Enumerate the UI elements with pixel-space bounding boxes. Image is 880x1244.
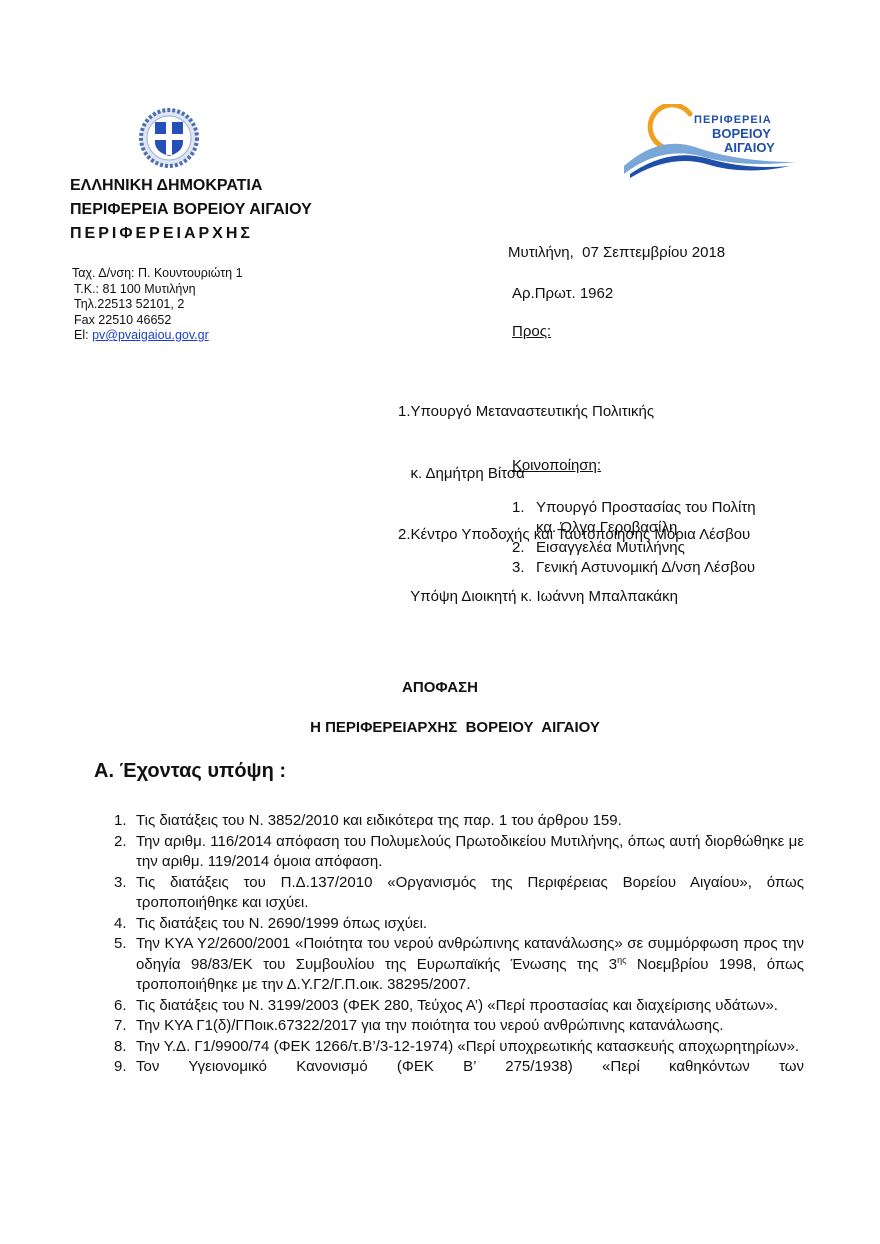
- list-item: 7.Την ΚΥΑ Γ1(δ)/ΓΠοικ.67322/2017 για την…: [114, 1016, 804, 1037]
- cc-item: 3.Γενική Αστυνομική Δ/νση Λέσβου: [512, 558, 756, 578]
- organization-header: ΕΛΛΗΝΙΚΗ ΔΗΜΟΚΡΑΤΙΑ ΠΕΡΙΦΕΡΕΙΑ ΒΟΡΕΙΟΥ Α…: [70, 174, 312, 246]
- contact-phone: Τηλ.22513 52101, 2: [72, 297, 243, 313]
- decision-heading: ΑΠΟΦΑΣΗ: [0, 679, 880, 696]
- org-line-region: ΠΕΡΙΦΕΡΕΙΑ ΒΟΡΕΙΟΥ ΑΙΓΑΙΟΥ: [70, 198, 312, 222]
- list-item: 8.Την Υ.Δ. Γ1/9900/74 (ΦΕΚ 1266/τ.Β’/3-1…: [114, 1037, 804, 1058]
- org-line-governor: ΠΕΡΙΦΕΡΕΙΑΡΧΗΣ: [70, 222, 312, 246]
- list-item: 2.Την αριθμ. 116/2014 απόφαση του Πολυμε…: [114, 832, 804, 873]
- section-a-heading: Α. Έχοντας υπόψη :: [94, 760, 286, 783]
- region-north-aegean-logo-icon: ΠΕΡΙΦΕΡΕΙΑ ΒΟΡΕΙΟΥ ΑΙΓΑΙΟΥ: [620, 104, 800, 184]
- contact-fax: Fax 22510 46652: [72, 313, 243, 329]
- logo-line-3: ΑΙΓΑΙΟΥ: [724, 141, 775, 154]
- contact-postal: Τ.Κ.: 81 100 Μυτιλήνη: [72, 282, 243, 298]
- recipient-line: Υπόψη Διοικητή κ. Ιωάννη Μπαλπακάκη: [398, 587, 750, 608]
- cc-label: Κοινοποίηση:: [512, 457, 601, 474]
- cc-item-continuation: κα. Όλγα Γεροβασίλη: [512, 518, 756, 538]
- list-item: 1.Τις διατάξεις του Ν. 3852/2010 και ειδ…: [114, 811, 804, 832]
- list-item: 9.Τον Υγειονομικό Κανονισμό (ΦΕΚ Β’ 275/…: [114, 1057, 804, 1078]
- considerations-list: 1.Τις διατάξεις του Ν. 3852/2010 και ειδ…: [114, 811, 804, 1078]
- contact-email-row: El: pv@pvaigaiou.gov.gr: [72, 328, 243, 344]
- logo-line-2: ΒΟΡΕΙΟΥ: [712, 127, 771, 140]
- list-item: 5.Την ΚΥΑ Υ2/2600/2001 «Ποιότητα του νερ…: [114, 934, 804, 996]
- document-date: Μυτιλήνη, 07 Σεπτεμβρίου 2018: [508, 244, 725, 261]
- cc-list: 1.Υπουργό Προστασίας του Πολίτη κα. Όλγα…: [512, 498, 756, 578]
- email-link[interactable]: pv@pvaigaiou.gov.gr: [92, 328, 209, 342]
- to-label: Προς:: [512, 323, 551, 340]
- recipients-list: 1.Υπουργό Μεταναστευτικής Πολιτικής κ. Δ…: [398, 361, 750, 628]
- protocol-number: Αρ.Πρωτ. 1962: [512, 285, 613, 302]
- decision-title: Η ΠΕΡΙΦΕΡΕΙΑΡΧΗΣ ΒΟΡΕΙΟΥ ΑΙΓΑΙΟΥ: [0, 719, 880, 736]
- recipient-line: 1.Υπουργό Μεταναστευτικής Πολιτικής: [398, 402, 750, 423]
- cc-item: 1.Υπουργό Προστασίας του Πολίτη: [512, 498, 756, 518]
- cc-item: 2.Εισαγγελέα Μυτιλήνης: [512, 538, 756, 558]
- list-item: 3.Τις διατάξεις του Π.Δ.137/2010 «Οργανι…: [114, 873, 804, 914]
- contact-address: Ταχ. Δ/νση: Π. Κουντουριώτη 1: [72, 266, 243, 282]
- contact-block: Ταχ. Δ/νση: Π. Κουντουριώτη 1 Τ.Κ.: 81 1…: [72, 266, 243, 344]
- list-item: 6.Τις διατάξεις του Ν. 3199/2003 (ΦΕΚ 28…: [114, 996, 804, 1017]
- email-label: El:: [74, 328, 92, 342]
- org-line-republic: ΕΛΛΗΝΙΚΗ ΔΗΜΟΚΡΑΤΙΑ: [70, 174, 312, 198]
- list-item: 4.Τις διατάξεις του Ν. 2690/1999 όπως ισ…: [114, 914, 804, 935]
- greek-coat-of-arms-icon: [138, 108, 200, 168]
